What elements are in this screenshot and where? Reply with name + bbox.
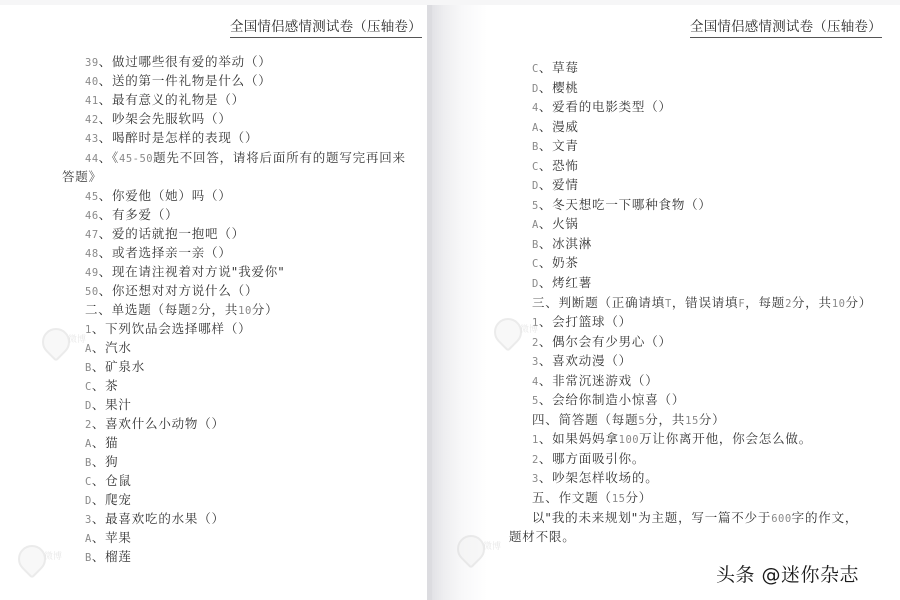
- document-line: 43、喝醉时是怎样的表现（）: [85, 128, 258, 146]
- document-line: 42、吵架会先服软吗（）: [85, 109, 232, 127]
- document-line: C、茶: [85, 376, 118, 394]
- watermark-text: 微博: [520, 322, 538, 335]
- watermark-text: 微博: [44, 549, 62, 562]
- document-line: C、奶茶: [532, 253, 579, 271]
- document-line: 46、有多爱（）: [85, 205, 178, 223]
- left-page: 全国情侣感情测试卷（压轴卷） 39、做过哪些很有爱的举动（）40、送的第一件礼物…: [0, 5, 427, 600]
- document-line: 2、喜欢什么小动物（）: [85, 414, 225, 432]
- document-line: 44、《45-50题先不回答，请将后面所有的题写完再回来: [85, 148, 406, 166]
- document-line: 5、会给你制造小惊喜（）: [532, 390, 685, 408]
- document-line: 3、吵架怎样收场的。: [532, 468, 659, 486]
- watermark: 微博: [18, 545, 78, 585]
- document-line: 1、下列饮品会选择哪样（）: [85, 319, 251, 337]
- document-line: 40、送的第一件礼物是什么（）: [85, 71, 272, 89]
- watermark-text: 微博: [483, 539, 501, 552]
- document-line: D、烤红薯: [532, 273, 592, 291]
- document-line: 3、最喜欢吃的水果（）: [85, 509, 225, 527]
- document-line: D、爱情: [532, 175, 579, 193]
- author-signature: 头条 @迷你杂志: [716, 560, 859, 587]
- page-header-title: 全国情侣感情测试卷（压轴卷）: [230, 15, 422, 38]
- document-line: 41、最有意义的礼物是（）: [85, 90, 245, 108]
- document-line: 4、非常沉迷游戏（）: [532, 371, 659, 389]
- document-line: 39、做过哪些很有爱的举动（）: [85, 52, 272, 70]
- document-line: 五、作文题（15分）: [532, 488, 652, 506]
- document-line: C、仓鼠: [85, 471, 132, 489]
- document-line: B、榴莲: [85, 547, 132, 565]
- document-line: B、文青: [532, 136, 579, 154]
- right-page: 全国情侣感情测试卷（压轴卷） C、草莓D、樱桃4、爱看的电影类型（）A、漫威B、…: [432, 5, 900, 600]
- document-line: 45、你爱他（她）吗（）: [85, 186, 232, 204]
- page-header-title: 全国情侣感情测试卷（压轴卷）: [690, 15, 882, 38]
- document-line: 4、爱看的电影类型（）: [532, 97, 672, 115]
- document-line: 1、如果妈妈拿100万让你离开他，你会怎么做。: [532, 429, 812, 447]
- document-line: C、恐怖: [532, 156, 579, 174]
- document-line: D、爬宠: [85, 490, 132, 508]
- watermark-text: 微博: [68, 332, 86, 345]
- document-line: A、猫: [85, 433, 118, 451]
- document-line: 四、简答题（每题5分，共15分）: [532, 410, 725, 428]
- document-line: A、漫威: [532, 117, 579, 135]
- document-line: 答题》: [62, 167, 102, 185]
- document-line: 题材不限。: [509, 527, 576, 545]
- document-line: 二、单选题（每题2分，共10分）: [85, 300, 278, 318]
- document-line: 49、现在请注视着对方说"我爱你": [85, 262, 285, 280]
- document-line: 以"我的未来规划"为主题，写一篇不少于600字的作文，: [532, 508, 858, 526]
- document-line: 47、爱的话就抱一抱吧（）: [85, 224, 245, 242]
- document-line: A、火锅: [532, 214, 579, 232]
- document-line: B、狗: [85, 452, 118, 470]
- document-line: 三、判断题（正确请填T，错误请填F，每题2分，共10分）: [532, 293, 872, 311]
- watermark: 微博: [494, 318, 554, 358]
- document-line: 48、或者选择亲一亲（）: [85, 243, 232, 261]
- document-line: 50、你还想对对方说什么（）: [85, 281, 258, 299]
- watermark: 微博: [42, 328, 102, 368]
- document-line: 5、冬天想吃一下哪种食物（）: [532, 195, 712, 213]
- document-line: 2、哪方面吸引你。: [532, 449, 645, 467]
- document-line: C、草莓: [532, 58, 579, 76]
- document-line: B、冰淇淋: [532, 234, 592, 252]
- document-line: D、樱桃: [532, 78, 579, 96]
- document-line: D、果汁: [85, 395, 132, 413]
- document-line: A、苹果: [85, 528, 132, 546]
- watermark: 微博: [457, 535, 517, 575]
